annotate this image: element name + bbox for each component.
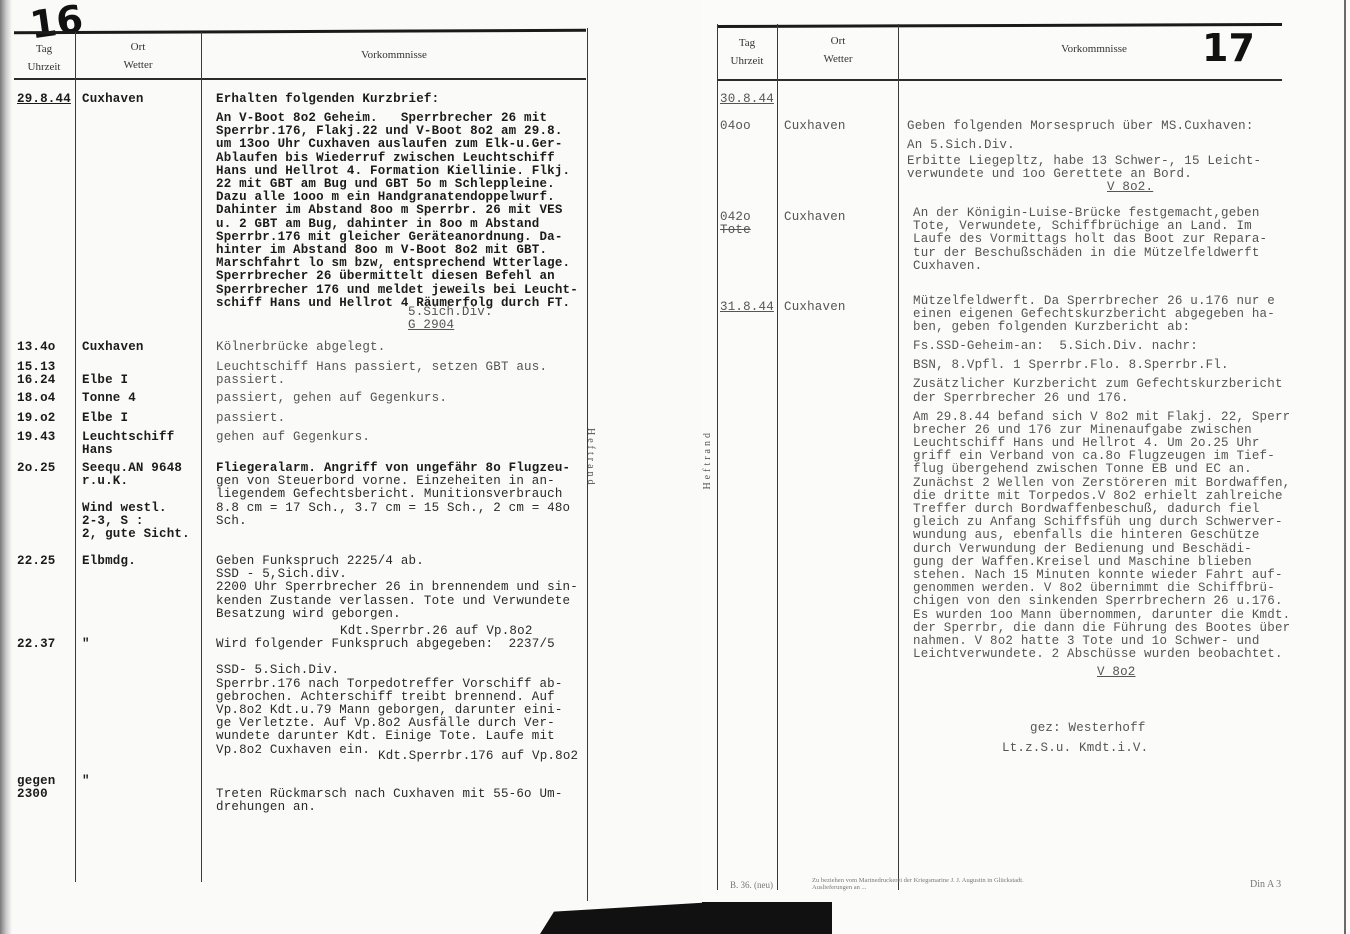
margin-label: Heftrand	[585, 428, 596, 488]
header-ort-wetter: OrtWetter	[778, 32, 898, 68]
entry-time: 13.4o	[17, 341, 56, 354]
entry-text-line: Dahinter im Abstand 8oo m Sperrbr. 26 mi…	[216, 204, 563, 217]
entry-text-line: passiert, gehen auf Gegenkurs.	[216, 392, 447, 405]
right-page: 17 TagUhrzeit OrtWetter Vorkommnisse Hef…	[702, 0, 1350, 934]
entry-text-line: drehungen an.	[216, 801, 316, 814]
entry-text-line: passiert.	[216, 374, 285, 387]
entry-text-line: Wird folgender Funkspruch abgegeben: 223…	[216, 638, 555, 651]
signature-line: V 8o2	[1097, 666, 1136, 679]
entry-text-line: Zunächst 2 Wellen von Zerstöreren mit Bo…	[913, 477, 1290, 490]
entry-text-line: der Sperrbrecher 26 und 176.	[913, 392, 1129, 405]
entry-text-line: BSN, 8.Vpfl. 1 Sperrbr.Flo. 8.Sperrbr.Fl…	[913, 359, 1229, 372]
paper-size: Din A 3	[1250, 879, 1281, 890]
entry-time: gegen 2300	[17, 775, 56, 801]
entry-text-line: u. 2 GBT am Bug, dahinter in 8oo m Absta…	[216, 218, 539, 231]
table-top-rule	[14, 29, 586, 34]
entry-place: "	[82, 775, 90, 788]
entry-text-line: chigen von den sinkenden Sperrbrechern 2…	[913, 595, 1283, 608]
entry-time: 16.24	[17, 374, 56, 387]
header-tag-uhrzeit: TagUhrzeit	[14, 40, 74, 76]
entry-place: Tonne 4	[82, 392, 136, 405]
entry-place: Elbe I	[82, 374, 128, 387]
signature-line: G 2904	[408, 319, 454, 332]
col-divider	[201, 32, 202, 882]
entry-time-struck: Tote	[720, 224, 751, 237]
entry-place: Elbe I	[82, 412, 128, 425]
entry-text-line: Zusätzlicher Kurzbericht zum Gefechtskur…	[913, 378, 1283, 391]
entry-place: Cuxhaven	[784, 211, 846, 224]
entry-text-line: Am 29.8.44 befand sich V 8o2 mit Flakj. …	[913, 411, 1290, 424]
entry-text-line: An 5.Sich.Div.	[907, 139, 1015, 152]
entry-text-line: Leichtverwundete. 2 Abschüsse wurden beo…	[913, 648, 1283, 661]
entry-text-line: 8.8 cm = 17 Sch., 3.7 cm = 15 Sch., 2 cm…	[216, 502, 570, 515]
entry-text-line: Es wurden 1oo Mann übernommen, darunter …	[913, 609, 1290, 622]
entry-text-line: passiert.	[216, 412, 285, 425]
left-page: 16 TagUhrzeit OrtWetter Vorkommnisse Hef…	[0, 0, 702, 934]
entry-text-line: wundung aus, ebenfalls die hinteren Gesc…	[913, 529, 1260, 542]
col-divider	[717, 24, 718, 890]
entry-time: 18.o4	[17, 392, 56, 405]
entry-place: Seequ.AN 9648 r.u.K. Wind westl. 2-3, S …	[82, 462, 190, 541]
header-ort-wetter: OrtWetter	[76, 38, 200, 74]
entry-text-line: durch Verwundung der Bedienung und Besch…	[913, 543, 1252, 556]
signature-line: V 8o2.	[1107, 181, 1153, 194]
entry-time: 30.8.44	[720, 93, 774, 106]
margin-label: Heftrand	[702, 430, 713, 490]
binding-shadow	[0, 0, 12, 934]
entry-time: 04oo	[720, 120, 751, 133]
entry-place: Leuchtschiff Hans	[82, 431, 174, 457]
entry-time: 19.43	[17, 431, 56, 444]
entry-text-line: wundete darunter Kdt. Einige Tote. Laufe…	[216, 730, 555, 743]
entry-text-line: Sperrbrecher 176 und meldet jeweils bei …	[216, 284, 578, 297]
entry-text-line: kenden Zustande verlassen. Tote und Verw…	[216, 595, 570, 608]
entry-place: Cuxhaven	[784, 120, 846, 133]
header-vorkommnisse: Vorkommnisse	[202, 46, 586, 64]
entry-place: "	[82, 638, 90, 651]
entry-time: 22.37	[17, 638, 56, 651]
entry-text-line: ben, geben folgenden Kurzbericht ab:	[913, 321, 1190, 334]
entry-time: 2o.25	[17, 462, 56, 475]
header-bottom-rule	[717, 79, 1282, 81]
col-divider	[777, 24, 778, 890]
entry-text-line: Besatzung wird geborgen.	[216, 608, 401, 621]
entry-text-line: Sperrbrecher 26 übermittelt diesen Befeh…	[216, 270, 555, 283]
col-divider	[898, 24, 899, 890]
printer-imprint: Zu beziehen vom Marinedruckerei der Krie…	[812, 877, 1024, 891]
entry-text-line: gehen auf Gegenkurs.	[216, 431, 370, 444]
entry-text-line: Kölnerbrücke abgelegt.	[216, 341, 385, 354]
entry-time: 19.o2	[17, 412, 56, 425]
table-top-rule	[717, 23, 1282, 28]
col-divider	[75, 32, 76, 882]
entry-place: Cuxhaven	[784, 301, 846, 314]
entry-text-line: Sch.	[216, 515, 247, 528]
closing-signature: gez: Westerhoff	[1030, 722, 1146, 735]
entry-text-line: Laufe des Vormittags holt das Boot zur R…	[913, 233, 1267, 246]
entry-text-line: schiff Hans und Hellrot 4 Räumerfolg dur…	[216, 297, 570, 310]
entry-text-line: flug übergehend zwischen Tonne EB und EC…	[913, 463, 1252, 476]
form-id: B. 36. (neu)	[730, 880, 773, 890]
entry-text-line: Sperrbr.176 nach Torpedotreffer Vorschif…	[216, 678, 563, 691]
entry-text-line: Erhalten folgenden Kurzbrief:	[216, 93, 439, 106]
scan-artifact	[540, 902, 715, 934]
entry-text-line: um 13oo Uhr Cuxhaven auslaufen zum Elk-u…	[216, 138, 563, 151]
entry-time: 22.25	[17, 555, 56, 568]
entry-text-line: 2200 Uhr Sperrbrecher 26 in brennendem u…	[216, 581, 578, 594]
entry-text-line: Ablaufen bis Wiederruf zwischen Leuchtsc…	[216, 152, 555, 165]
entry-text-line: tur der Beschußschäden in die Mützelfeld…	[913, 247, 1260, 260]
entry-text-line: Geben folgenden Morsespruch über MS.Cuxh…	[907, 120, 1254, 133]
entry-text-line: liegendem Gefechtsbericht. Munitionsverb…	[216, 488, 563, 501]
entry-text-line: Cuxhaven.	[913, 260, 982, 273]
entry-text-line: Vp.8o2 Cuxhaven ein.	[216, 744, 370, 757]
signature-line: Kdt.Sperrbr.176 auf Vp.8o2	[378, 750, 578, 763]
header-vorkommnisse: Vorkommnisse	[899, 40, 1289, 58]
closing-rank: Lt.z.S.u. Kmdt.i.V.	[1002, 742, 1148, 755]
entry-place: Cuxhaven	[82, 93, 144, 106]
header-tag-uhrzeit: TagUhrzeit	[718, 34, 776, 70]
scan-artifact	[702, 902, 832, 934]
entry-time: 31.8.44	[720, 301, 774, 314]
entry-place: Elbmdg.	[82, 555, 136, 568]
page-edge	[1344, 0, 1346, 934]
entry-time: 29.8.44	[17, 93, 71, 106]
entry-text-line: Fs.SSD-Geheim-an: 5.Sich.Div. nachr:	[913, 340, 1198, 353]
header-bottom-rule	[14, 78, 586, 80]
entry-text-line: SSD- 5.Sich.Div.	[216, 664, 339, 677]
entry-place: Cuxhaven	[82, 341, 144, 354]
